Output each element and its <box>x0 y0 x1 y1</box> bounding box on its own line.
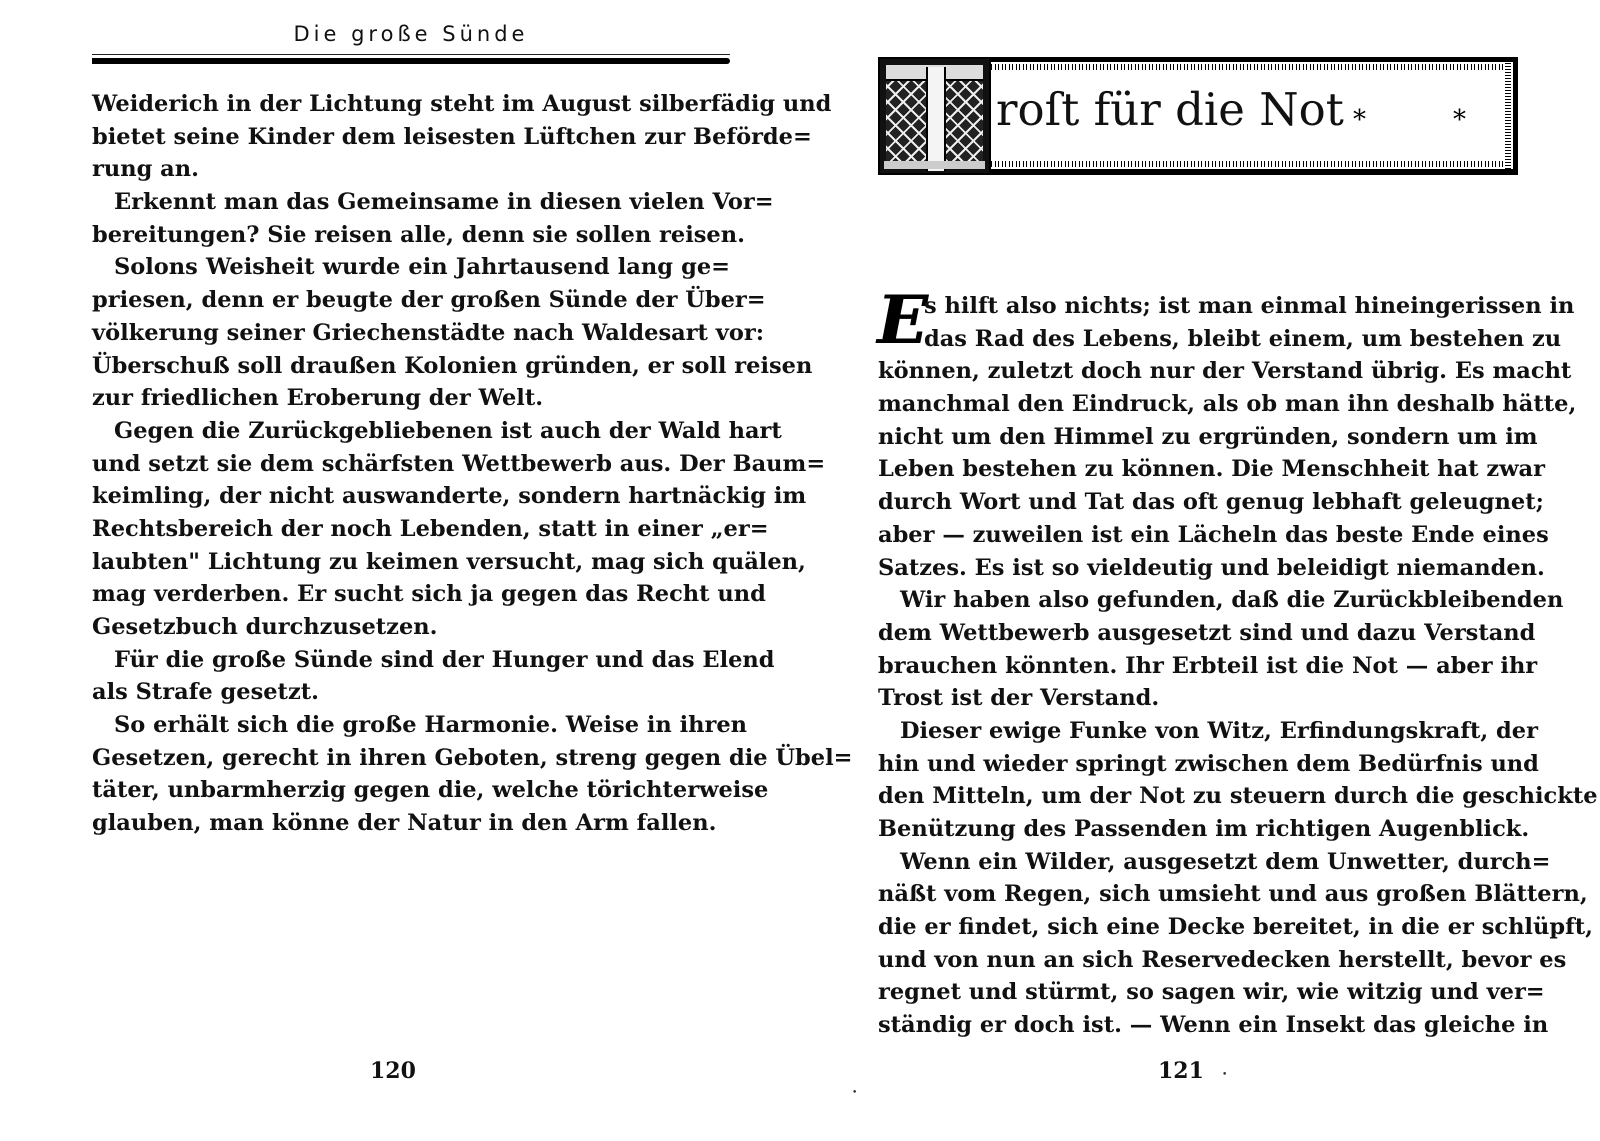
text-line: Gesetzbuch durchzusetzen. <box>92 611 730 644</box>
star-icon: * <box>1353 105 1366 135</box>
ornamental-initial-icon <box>878 57 991 175</box>
text-line: Rechtsbereich der noch Lebenden, statt i… <box>92 513 730 546</box>
text-line: und von nun an sich Reservedecken herste… <box>878 944 1521 977</box>
chapter-title: roſt für die Not <box>996 83 1344 136</box>
running-head: Die große Sünde <box>92 22 730 46</box>
frame-border-ornament <box>988 161 1513 167</box>
text-line: manchmal den Eindruck, als ob man ihn de… <box>878 388 1521 421</box>
text-line: Für die große Sünde sind der Hunger und … <box>92 644 730 677</box>
text-line: Dieser ewige Funke von Witz, Erfindungsk… <box>878 715 1521 748</box>
scan-speck: • <box>1222 1070 1227 1080</box>
text-line: Überschuß soll draußen Kolonien gründen,… <box>92 350 730 383</box>
text-line: Trost ist der Verstand. <box>878 682 1521 715</box>
text-line: s hilft also nichts; ist man einmal hine… <box>878 290 1521 323</box>
text-line: Weiderich in der Lichtung steht im Augus… <box>92 88 730 121</box>
text-line: den Mitteln, um der Not zu steuern durch… <box>878 780 1521 813</box>
text-line: Benützung des Passenden im richtigen Aug… <box>878 813 1521 846</box>
text-line: durch Wort und Tat das oft genug lebhaft… <box>878 486 1521 519</box>
right-body-text: s hilft also nichts; ist man einmal hine… <box>878 290 1521 1042</box>
text-line: bereitungen? Sie reisen alle, denn sie s… <box>92 219 730 252</box>
text-line: hin und wieder springt zwischen dem Bedü… <box>878 748 1521 781</box>
text-line: das Rad des Lebens, bleibt einem, um bes… <box>878 323 1521 356</box>
text-line: Gegen die Zurückgebliebenen ist auch der… <box>92 415 730 448</box>
text-line: rung an. <box>92 153 730 186</box>
page-number: 120 <box>370 1058 416 1084</box>
text-line: mag verderben. Er sucht sich ja gegen da… <box>92 578 730 611</box>
frame-border-ornament <box>1505 62 1511 169</box>
text-line: bietet seine Kinder dem leisesten Lüftch… <box>92 121 730 154</box>
text-line: können, zuletzt doch nur der Verstand üb… <box>878 355 1521 388</box>
frame-border-ornament <box>988 64 1513 70</box>
text-line: Erkennt man das Gemeinsame in diesen vie… <box>92 186 730 219</box>
initial-stem <box>926 67 946 171</box>
text-line: als Strafe gesetzt. <box>92 676 730 709</box>
text-line: die er findet, sich eine Decke bereitet,… <box>878 911 1521 944</box>
text-line: täter, unbarmherzig gegen die, welche tö… <box>92 774 730 807</box>
text-line: regnet und stürmt, so sagen wir, wie wit… <box>878 976 1521 1009</box>
text-line: und setzt sie dem schärfsten Wettbewerb … <box>92 448 730 481</box>
text-line: So erhält sich die große Harmonie. Weise… <box>92 709 730 742</box>
star-icon: * <box>1453 105 1466 135</box>
text-line: glauben, man könne der Natur in den Arm … <box>92 807 730 840</box>
text-line: näßt vom Regen, sich umsieht und aus gro… <box>878 878 1521 911</box>
text-line: Gesetzen, gerecht in ihren Geboten, stre… <box>92 742 730 775</box>
text-line: zur friedlichen Eroberung der Welt. <box>92 382 730 415</box>
page-number: 121 <box>1158 1058 1204 1084</box>
text-line: Satzes. Es ist so vieldeutig und beleidi… <box>878 552 1521 585</box>
right-page: roſt für die Not * * E s hilft also nich… <box>878 0 1521 1141</box>
text-line: nicht um den Himmel zu ergründen, sonder… <box>878 421 1521 454</box>
text-line: Wir haben also gefunden, daß die Zurückb… <box>878 584 1521 617</box>
chapter-heading: roſt für die Not * * <box>878 57 1518 177</box>
text-line: aber — zuweilen ist ein Lächeln das best… <box>878 519 1521 552</box>
initial-foot <box>884 161 985 169</box>
text-line: laubten" Lichtung zu keimen versucht, ma… <box>92 546 730 579</box>
text-line: völkerung seiner Griechenstädte nach Wal… <box>92 317 730 350</box>
left-page: Die große Sünde Weiderich in der Lichtun… <box>92 0 730 1141</box>
text-line: Wenn ein Wilder, ausgesetzt dem Unwetter… <box>878 846 1521 879</box>
text-line: Solons Weisheit wurde ein Jahrtausend la… <box>92 251 730 284</box>
text-line: ständig er doch ist. — Wenn ein Insekt d… <box>878 1009 1521 1042</box>
text-line: brauchen könnten. Ihr Erbteil ist die No… <box>878 650 1521 683</box>
header-rule-thin <box>92 54 730 55</box>
text-line: dem Wettbewerb ausgesetzt sind und dazu … <box>878 617 1521 650</box>
text-line: Leben bestehen zu können. Die Menschheit… <box>878 453 1521 486</box>
scan-speck: • <box>852 1088 857 1098</box>
text-line: priesen, denn er beugte der großen Sünde… <box>92 284 730 317</box>
header-rule-thick <box>92 58 730 64</box>
left-body-text: Weiderich in der Lichtung steht im Augus… <box>92 88 730 840</box>
text-line: keimling, der nicht auswanderte, sondern… <box>92 480 730 513</box>
